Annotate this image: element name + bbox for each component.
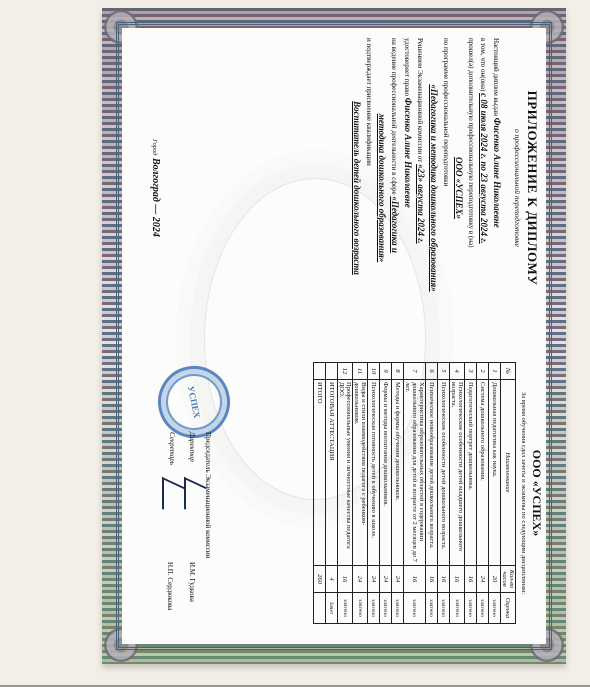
body-line: ООО «УСПЕХ»	[452, 38, 465, 338]
row-number: 11	[353, 363, 368, 380]
grade-cell: зачтено	[477, 593, 489, 624]
hours-cell: 24	[380, 566, 392, 593]
line-value: ООО «УСПЕХ»	[454, 157, 464, 219]
hours-cell: 24	[392, 566, 404, 593]
table-row: ИТОГОВАЯ АТТЕСТАЦИЯ4Зачет	[326, 363, 338, 624]
table-row: 9Формы и методы воспитания дошкольников.…	[380, 363, 392, 624]
line-value: Фисенко Алине Николаевне	[492, 118, 502, 228]
discipline-name: Психологические особенности детей дошкол…	[438, 380, 450, 566]
line-value: Воспитатель детей дошкольного возраста	[352, 101, 362, 275]
body-line: удостоверяет право Фисенко Алине Николае…	[401, 38, 414, 338]
city-label: Город	[151, 139, 158, 155]
table-row: 11Виды и стили взаимодействия педагога с…	[353, 363, 368, 624]
grade-cell: зачтено	[368, 593, 380, 624]
discipline-name: Психическое новообразование детей дошкол…	[426, 380, 438, 566]
left-page: ПРИЛОЖЕНИЕ К ДИПЛОМУ о профессиональной …	[144, 38, 544, 338]
hours-cell: 16	[465, 566, 477, 593]
signature-icon	[162, 477, 184, 519]
table-row: 2Система дошкольного образования.24зачте…	[477, 363, 489, 624]
body-line: Решением Экзаменационной комиссии от «23…	[414, 38, 427, 338]
grade-cell: зачтено	[404, 593, 426, 624]
row-number: 2	[477, 363, 489, 380]
grade-cell: зачтено	[450, 593, 465, 624]
stamp-text: УСПЕХ	[186, 385, 203, 419]
table-row: ИТОГО260	[314, 363, 326, 624]
discipline-name: Формы и методы воспитания дошкольников.	[380, 380, 392, 566]
grade-cell: зачтено	[489, 593, 501, 624]
city-year: Город Волгоград — 2024	[150, 38, 161, 338]
table-intro: За время обучения сдал зачеты и экзамены…	[520, 348, 527, 638]
discipline-name: Психологическая готовность детей к обуче…	[368, 380, 380, 566]
row-number: 12	[338, 363, 353, 380]
col-number: №	[501, 363, 516, 380]
org-title: ООО «УСПЕХ»	[529, 348, 544, 638]
col-name: Наименование	[501, 380, 516, 566]
table-row: 1Дошкольная педагогика как наука.20зачте…	[489, 363, 501, 624]
line-label: по программе профессиональной переподгот…	[442, 38, 450, 186]
hours-cell: 16	[450, 566, 465, 593]
table-body: 1Дошкольная педагогика как наука.20зачте…	[314, 363, 501, 624]
discipline-name: Психологические особенности детей младше…	[450, 380, 465, 566]
line-label: и подтверждает присвоение квалификации	[365, 38, 373, 166]
line-label: удостоверяет право	[403, 38, 411, 96]
discipline-name: Виды и стили взаимодействия педагога с р…	[353, 380, 368, 566]
grade-cell: зачтено	[426, 593, 438, 624]
discipline-name: Система дошкольного образования.	[477, 380, 489, 566]
row-number: 10	[368, 363, 380, 380]
discipline-name: Профессиональные умения и личностные кач…	[338, 380, 353, 566]
row-number: 7	[404, 363, 426, 380]
body-line: на ведение профессиональной деятельности…	[388, 38, 401, 338]
col-grade: Оценка	[501, 593, 516, 624]
line-label: прошел(а) дополнительную профессиональну…	[467, 38, 475, 247]
grade-cell: зачтено	[338, 593, 353, 624]
discipline-name: Характеристика образовательных областей …	[404, 380, 426, 566]
hours-cell: 16	[404, 566, 426, 593]
discipline-name: ИТОГОВАЯ АТТЕСТАЦИЯ	[326, 380, 338, 566]
line-label: Решением Экзаменационной комиссии от	[416, 38, 424, 162]
hours-cell: 4	[326, 566, 338, 593]
grade-cell: Зачет	[326, 593, 338, 624]
line-value: Фисенко Алине Николаевне	[403, 98, 413, 208]
secretary-name: Н.П. Сердюкова	[166, 562, 174, 610]
row-number	[314, 363, 326, 380]
row-number	[326, 363, 338, 380]
table-row: 4Психологические особенности детей младш…	[450, 363, 465, 624]
commission-name: И.М. Гудкова	[188, 562, 196, 602]
body-line: в том, что он(она) с 08 июля 2024 г. по …	[477, 38, 490, 338]
line-value: «Педагогика и	[390, 196, 400, 252]
hours-cell: 16	[338, 566, 353, 593]
table-row: 12Профессиональные умения и личностные к…	[338, 363, 353, 624]
line-label: в том, что он(она)	[479, 38, 487, 91]
body-line: и подтверждает присвоение квалификации	[363, 38, 375, 338]
table-row: 7Характеристика образовательных областей…	[404, 363, 426, 624]
table-row: 6Психическое новообразование детей дошко…	[426, 363, 438, 624]
appendix-subtitle: о профессиональной переподготовке	[513, 38, 522, 338]
row-number: 8	[392, 363, 404, 380]
hours-cell: 24	[477, 566, 489, 593]
table-row: 5Психологические особенности детей дошко…	[438, 363, 450, 624]
row-number: 3	[465, 363, 477, 380]
body-line: Воспитатель детей дошкольного возраста	[350, 38, 363, 338]
secretary-label: Секретарь	[168, 432, 176, 465]
hours-cell: 260	[314, 566, 326, 593]
row-number: 1	[489, 363, 501, 380]
hours-cell: 24	[368, 566, 380, 593]
row-number: 5	[438, 363, 450, 380]
row-number: 9	[380, 363, 392, 380]
body-line: Настоящий диплом выдан Фисенко Алине Ник…	[490, 38, 503, 338]
grade-cell: зачтено	[392, 593, 404, 624]
body-line: прошел(а) дополнительную профессиональну…	[465, 38, 477, 338]
line-label: Настоящий диплом выдан	[492, 38, 500, 116]
city-value: Волгоград — 2024	[150, 158, 161, 237]
grade-cell: зачтено	[465, 593, 477, 624]
line-label: на ведение профессиональной деятельности…	[390, 38, 398, 195]
grade-cell: зачтено	[438, 593, 450, 624]
disciplines-table: № Наименование Кол-во часов Оценка 1Дошк…	[313, 362, 516, 624]
body-line: «Педагогика и методика дошкольного образ…	[427, 38, 440, 338]
line-value: методика дошкольного образования»	[377, 114, 387, 263]
col-hours: Кол-во часов	[501, 566, 516, 593]
signature-icon	[184, 477, 206, 519]
hours-cell: 24	[353, 566, 368, 593]
hours-cell: 20	[489, 566, 501, 593]
discipline-name: Методы и формы обучения дошкольников.	[392, 380, 404, 566]
diploma-appendix-scan: ПРИЛОЖЕНИЕ К ДИПЛОМУ о профессиональной …	[102, 8, 566, 664]
grade-cell	[314, 593, 326, 624]
signatures-block: УСПЕХ Председатель Экзаменационной комис…	[144, 362, 214, 632]
discipline-name: Педагогический портрет дошкольника.	[465, 380, 477, 566]
row-number: 4	[450, 363, 465, 380]
hours-cell: 16	[426, 566, 438, 593]
row-number: 6	[426, 363, 438, 380]
table-row: 8Методы и формы обучения дошкольников.24…	[392, 363, 404, 624]
appendix-body: Настоящий диплом выдан Фисенко Алине Ник…	[350, 38, 503, 338]
line-value: с 08 июля 2024 г. по 23 августа 2024 г.	[479, 93, 489, 244]
table-row: 10Психологическая готовность детей к обу…	[368, 363, 380, 624]
grade-cell: зачтено	[380, 593, 392, 624]
line-value: «23» августа 2024 г.	[416, 164, 426, 244]
grade-cell: зачтено	[353, 593, 368, 624]
discipline-name: Дошкольная педагогика как наука.	[489, 380, 501, 566]
table-row: 3Педагогический портрет дошкольника.16за…	[465, 363, 477, 624]
line-value: «Педагогика и методика дошкольного образ…	[429, 84, 439, 291]
discipline-name: ИТОГО	[314, 380, 326, 566]
hours-cell: 16	[438, 566, 450, 593]
right-page: ООО «УСПЕХ» За время обучения сдал зачет…	[124, 348, 544, 638]
body-line: по программе профессиональной переподгот…	[440, 38, 452, 338]
director-label: Директор	[188, 432, 196, 462]
table-header-row: № Наименование Кол-во часов Оценка	[501, 363, 516, 624]
body-line: методика дошкольного образования»	[375, 38, 388, 338]
appendix-title: ПРИЛОЖЕНИЕ К ДИПЛОМУ	[524, 38, 540, 338]
